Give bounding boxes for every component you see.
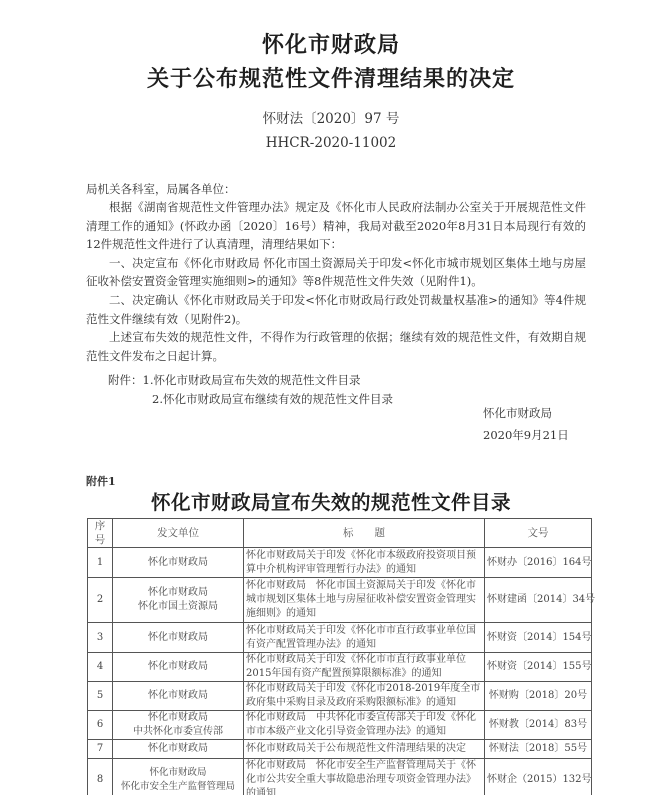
invalid-documents-table: 序号 发文单位 标 题 文号 1 怀化市财政局 怀化市财政局关于印发《怀化市本级… bbox=[87, 518, 592, 795]
row-seq: 5 bbox=[88, 682, 113, 711]
table-row: 7 怀化市财政局 怀化市财政局关于公布规范性文件清理结果的决定 怀财法〔2018… bbox=[88, 740, 592, 759]
body-paragraphs: 根据《湖南省规范性文件管理办法》规定及《怀化市人民政府法制办公室关于开展规范性文… bbox=[86, 198, 586, 365]
table-row: 3 怀化市财政局 怀化市财政局关于印发《怀化市市直行政事业单位国有资产配置管理办… bbox=[88, 623, 592, 653]
row-seq: 3 bbox=[88, 623, 113, 653]
row-seq: 1 bbox=[88, 548, 113, 578]
table-row: 8 怀化市财政局怀化市安全生产监督管理局 怀化市财政局 怀化市安全生产监督管理局… bbox=[88, 759, 592, 795]
paragraph-effect: 上述宣布失效的规范性文件，不得作为行政管理的依据；继续有效的规范性文件，有效期自… bbox=[86, 328, 586, 365]
table-row: 5 怀化市财政局 怀化市财政局关于印发《怀化市2018-2019年度全市政府集中… bbox=[88, 682, 592, 711]
paragraph-valid-decision: 二、决定确认《怀化市财政局关于印发<怀化市财政局行政处罚裁量权基准>的通知》等4… bbox=[86, 291, 586, 328]
table-row: 1 怀化市财政局 怀化市财政局关于印发《怀化市本级政府投资项目预算中介机构评审管… bbox=[88, 548, 592, 578]
row-doc-no: 怀财企（2015）132号 bbox=[485, 759, 592, 795]
unit-line: 怀化市财政局 bbox=[149, 767, 206, 778]
paragraph-basis: 根据《湖南省规范性文件管理办法》规定及《怀化市人民政府法制办公室关于开展规范性文… bbox=[86, 198, 586, 254]
row-unit: 怀化市财政局 bbox=[113, 623, 244, 653]
row-seq: 8 bbox=[88, 759, 113, 795]
row-seq: 7 bbox=[88, 740, 113, 759]
row-doc-no: 怀财办〔2016〕164号 bbox=[485, 548, 592, 578]
row-title: 怀化市财政局关于印发《怀化市市直行政事业单位2015年国有资产配置预算限额标准》… bbox=[244, 653, 485, 682]
row-doc-no: 怀财建函〔2014〕34号 bbox=[485, 578, 592, 623]
column-header-title: 标 题 bbox=[244, 519, 485, 548]
table-row: 4 怀化市财政局 怀化市财政局关于印发《怀化市市直行政事业单位2015年国有资产… bbox=[88, 653, 592, 682]
row-seq: 2 bbox=[88, 578, 113, 623]
row-title: 怀化市财政局关于印发《怀化市2018-2019年度全市政府集中采购目录及政府采购… bbox=[244, 682, 485, 711]
row-unit: 怀化市财政局中共怀化市委宣传部 bbox=[113, 711, 244, 740]
unit-line: 怀化市国土资源局 bbox=[138, 601, 218, 612]
table-header-row: 序号 发文单位 标 题 文号 bbox=[88, 519, 592, 548]
row-unit: 怀化市财政局 bbox=[113, 548, 244, 578]
row-seq: 4 bbox=[88, 653, 113, 682]
paragraph-invalid-decision: 一、决定宣布《怀化市财政局 怀化市国土资源局关于印发<怀化市城市规划区集体土地与… bbox=[86, 254, 586, 291]
unit-line: 中共怀化市委宣传部 bbox=[133, 726, 223, 737]
column-header-seq: 序号 bbox=[88, 519, 113, 548]
document-title: 关于公布规范性文件清理结果的决定 bbox=[0, 62, 662, 93]
row-title: 怀化市财政局 怀化市国土资源局关于印发《怀化市城市规划区集体土地与房屋征收补偿安… bbox=[244, 578, 485, 623]
row-doc-no: 怀财资〔2014〕155号 bbox=[485, 653, 592, 682]
annex-list: 附件：1.怀化市财政局宣布失效的规范性文件目录 2.怀化市财政局宣布继续有效的规… bbox=[86, 371, 393, 408]
document-number: 怀财法〔2020〕97 号 bbox=[0, 107, 662, 127]
unit-line: 怀化市财政局 bbox=[148, 587, 208, 598]
attachment-title: 怀化市财政局宣布失效的规范性文件目录 bbox=[0, 487, 662, 515]
signature-date: 2020年9月21日 bbox=[483, 427, 569, 443]
row-unit: 怀化市财政局 bbox=[113, 740, 244, 759]
row-title: 怀化市财政局关于印发《怀化市本级政府投资项目预算中介机构评审管理暂行办法》的通知 bbox=[244, 548, 485, 578]
row-unit: 怀化市财政局 bbox=[113, 682, 244, 711]
annex-item-2: 2.怀化市财政局宣布继续有效的规范性文件目录 bbox=[152, 392, 393, 406]
column-header-doc-no: 文号 bbox=[485, 519, 592, 548]
document-title-org: 怀化市财政局 bbox=[0, 28, 662, 59]
row-unit: 怀化市财政局怀化市安全生产监督管理局 bbox=[113, 759, 244, 795]
table-row: 2 怀化市财政局怀化市国土资源局 怀化市财政局 怀化市国土资源局关于印发《怀化市… bbox=[88, 578, 592, 623]
row-seq: 6 bbox=[88, 711, 113, 740]
registration-code: HHCR-2020-11002 bbox=[0, 135, 662, 151]
row-doc-no: 怀财法〔2018〕55号 bbox=[485, 740, 592, 759]
annex-label: 附件： bbox=[108, 373, 143, 387]
row-unit: 怀化市财政局 bbox=[113, 653, 244, 682]
unit-line: 怀化市安全生产监督管理局 bbox=[121, 781, 235, 792]
table-row: 6 怀化市财政局中共怀化市委宣传部 怀化市财政局 中共怀化市委宣传部关于印发《怀… bbox=[88, 711, 592, 740]
row-unit: 怀化市财政局怀化市国土资源局 bbox=[113, 578, 244, 623]
signature-org: 怀化市财政局 bbox=[483, 405, 552, 421]
row-doc-no: 怀财购〔2018〕20号 bbox=[485, 682, 592, 711]
column-header-unit: 发文单位 bbox=[113, 519, 244, 548]
unit-line: 怀化市财政局 bbox=[148, 712, 208, 723]
row-title: 怀化市财政局 怀化市安全生产监督管理局关于《怀化市公共安全重大事故隐患治理专项资… bbox=[244, 759, 485, 795]
row-doc-no: 怀财资〔2014〕154号 bbox=[485, 623, 592, 653]
salutation: 局机关各科室，局属各单位： bbox=[86, 180, 586, 199]
row-title: 怀化市财政局关于印发《怀化市市直行政事业单位国有资产配置管理办法》的通知 bbox=[244, 623, 485, 653]
row-title: 怀化市财政局 中共怀化市委宣传部关于印发《怀化市市本级产业文化引导资金管理办法》… bbox=[244, 711, 485, 740]
row-doc-no: 怀财教〔2014〕83号 bbox=[485, 711, 592, 740]
row-title: 怀化市财政局关于公布规范性文件清理结果的决定 bbox=[244, 740, 485, 759]
annex-item-1: 1.怀化市财政局宣布失效的规范性文件目录 bbox=[143, 373, 361, 387]
